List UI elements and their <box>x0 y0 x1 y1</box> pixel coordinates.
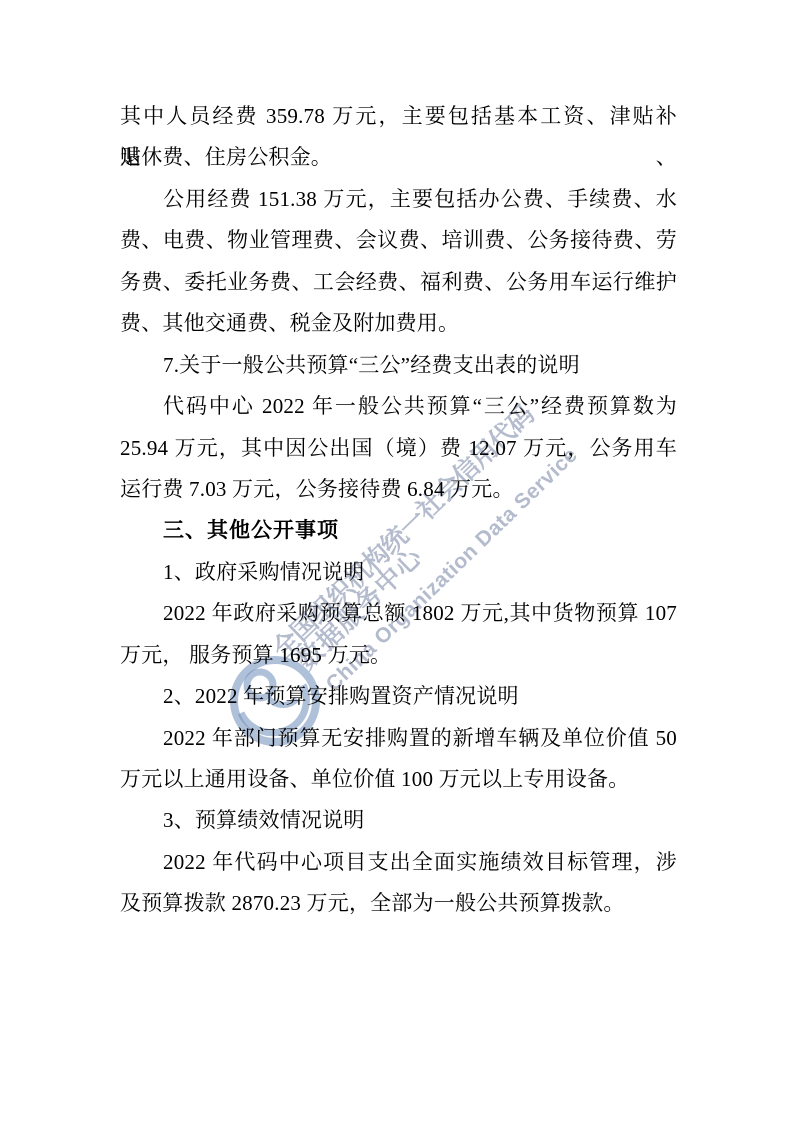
document-heading-line: 三、其他公开事项 <box>120 510 677 551</box>
document-line: 及预算拨款 2870.23 万元，全部为一般公共预算拨款。 <box>120 883 677 924</box>
document-line: 费、其他交通费、税金及附加费用。 <box>120 303 677 344</box>
document-line: 2022 年代码中心项目支出全面实施绩效目标管理，涉 <box>120 842 677 883</box>
document-line: 2022 年政府采购预算总额 1802 万元,其中货物预算 107 <box>120 593 677 634</box>
document-line: 7.关于一般公共预算“三公”经费支出表的说明 <box>120 345 677 386</box>
document-line: 代码中心 2022 年一般公共预算“三公”经费预算数为 <box>120 386 677 427</box>
document-line: 运行费 7.03 万元，公务接待费 6.84 万元。 <box>120 469 677 510</box>
document-page: 全国组织机构统一社会信用代码 数据服务中心 China Organization… <box>0 0 794 1123</box>
document-line: 其中人员经费 359.78 万元，主要包括基本工资、津贴补贴、 <box>120 96 677 137</box>
document-line: 2022 年部门预算无安排购置的新增车辆及单位价值 50 <box>120 718 677 759</box>
document-body: 其中人员经费 359.78 万元，主要包括基本工资、津贴补贴、退休费、住房公积金… <box>120 96 677 925</box>
document-line: 务费、委托业务费、工会经费、福利费、公务用车运行维护 <box>120 262 677 303</box>
document-line: 2、2022 年预算安排购置资产情况说明 <box>120 676 677 717</box>
document-line: 25.94 万元，其中因公出国（境）费 12.07 万元，公务用车 <box>120 428 677 469</box>
document-line: 公用经费 151.38 万元，主要包括办公费、手续费、水 <box>120 179 677 220</box>
document-line: 1、政府采购情况说明 <box>120 552 677 593</box>
document-line: 费、电费、物业管理费、会议费、培训费、公务接待费、劳 <box>120 220 677 261</box>
document-line: 万元， 服务预算 1695 万元。 <box>120 635 677 676</box>
document-line: 3、预算绩效情况说明 <box>120 800 677 841</box>
document-line: 万元以上通用设备、单位价值 100 万元以上专用设备。 <box>120 759 677 800</box>
